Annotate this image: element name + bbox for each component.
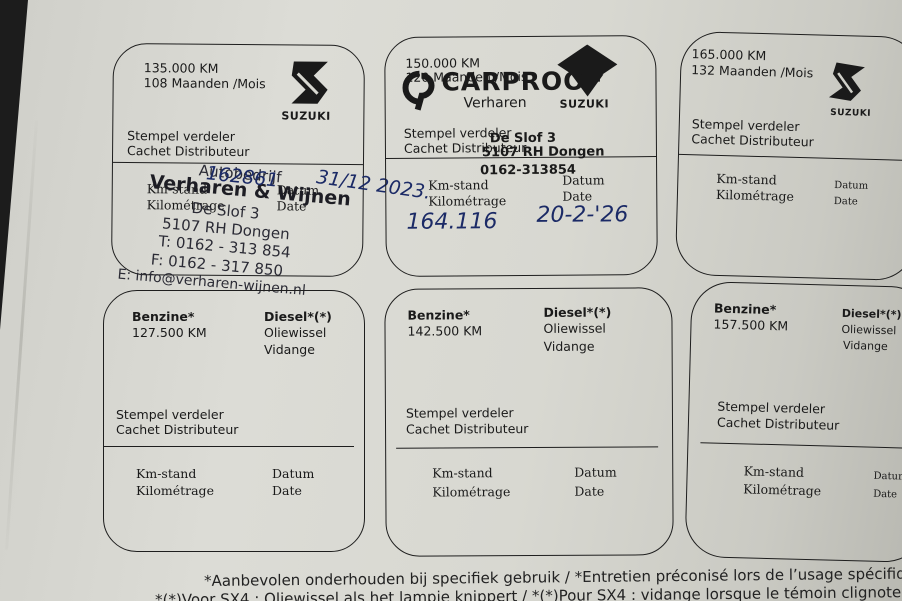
km-label-fr: Kilométrage [743, 481, 821, 499]
service-km: 165.000 KM [691, 46, 766, 64]
diesel-oil-change-fr: Vidange [843, 338, 888, 355]
stamp-line: 5107 RH Dongen [482, 144, 605, 160]
suzuki-logo-icon [822, 57, 873, 108]
suzuki-wordmark: SUZUKI [281, 109, 331, 122]
petrol-km: 142.500 KM [407, 323, 482, 339]
service-card-150000: 150.000 KM 120 Maanden /Mois SUZUKI Stem… [384, 35, 658, 277]
date-label-nl: Datum [834, 178, 868, 195]
service-months: 132 Maanden /Mois [691, 62, 813, 81]
km-label-fr: Kilométrage [428, 193, 506, 210]
diesel-oil-change-nl: Oliewissel [264, 325, 326, 341]
diesel-label: Diesel*(*) [543, 305, 611, 321]
service-card-165000: 165.000 KM 132 Maanden /Mois SUZUKI Stem… [675, 31, 902, 281]
handwritten-date: 20-2-'26 [536, 202, 628, 228]
stamp-line: Verharen [464, 95, 527, 111]
diesel-oil-change-nl: Oliewissel [543, 321, 605, 337]
diesel-label: Diesel*(*) [264, 309, 332, 325]
carproof-wordmark: CARPROOF [441, 66, 603, 96]
stamp-label-fr: Cachet Distributeur [127, 143, 250, 160]
petrol-label: Benzine* [714, 301, 777, 319]
suzuki-logo-icon [283, 59, 335, 105]
km-label-nl: Km-stand [716, 171, 777, 189]
oil-card-157500: Benzine* 157.500 KM Diesel*(*) Oliewisse… [684, 281, 902, 563]
stamp-label-fr: Cachet Distributeur [717, 415, 840, 434]
km-label-nl: Km-stand [743, 463, 804, 481]
petrol-label: Benzine* [407, 307, 469, 323]
stamp-label-nl: Stempel verdeler [116, 407, 224, 423]
date-label-fr: Date [834, 194, 858, 211]
divider [104, 446, 354, 447]
divider [679, 154, 902, 161]
stamp-label-nl: Stempel verdeler [406, 405, 514, 422]
suzuki-wordmark: SUZUKI [560, 97, 609, 110]
date-label-nl: Datum [574, 465, 616, 481]
date-label-nl: Datum [873, 469, 902, 486]
oil-card-127500: Benzine* 127.500 KM Diesel*(*) Oliewisse… [103, 290, 365, 552]
oil-card-142500: Benzine* 142.500 KM Diesel*(*) Oliewisse… [384, 287, 673, 557]
km-label-nl: Km-stand [428, 177, 488, 193]
date-label-fr: Date [272, 483, 302, 499]
date-label-fr: Date [873, 487, 897, 504]
diesel-label: Diesel*(*) [842, 306, 902, 324]
km-label-fr: Kilométrage [432, 484, 510, 500]
suzuki-wordmark: SUZUKI [830, 108, 871, 119]
diesel-oil-change-nl: Oliewissel [841, 322, 896, 339]
stamp-label-fr: Cachet Distributeur [116, 422, 238, 438]
service-months: 108 Maanden /Mois [144, 75, 266, 92]
diesel-oil-change-fr: Vidange [544, 339, 595, 355]
km-label-nl: Km-stand [136, 466, 196, 482]
date-label-fr: Date [574, 484, 604, 500]
divider [700, 442, 902, 449]
carproof-logo-icon [399, 68, 441, 112]
km-label-nl: Km-stand [432, 465, 492, 481]
petrol-km: 157.500 KM [713, 316, 788, 334]
km-label-fr: Kilométrage [716, 187, 794, 205]
stamp-line: 0162-313854 [480, 163, 576, 179]
stamp-label-fr: Cachet Distributeur [691, 131, 814, 150]
petrol-label: Benzine* [132, 309, 194, 325]
divider [396, 446, 658, 448]
stamp-label-fr: Cachet Distributeur [406, 421, 528, 438]
handwritten-km: 164.116 [406, 209, 497, 235]
date-label-nl: Datum [272, 466, 314, 482]
km-label-fr: Kilométrage [136, 483, 214, 499]
diesel-oil-change-fr: Vidange [264, 342, 315, 358]
petrol-km: 127.500 KM [132, 325, 207, 341]
